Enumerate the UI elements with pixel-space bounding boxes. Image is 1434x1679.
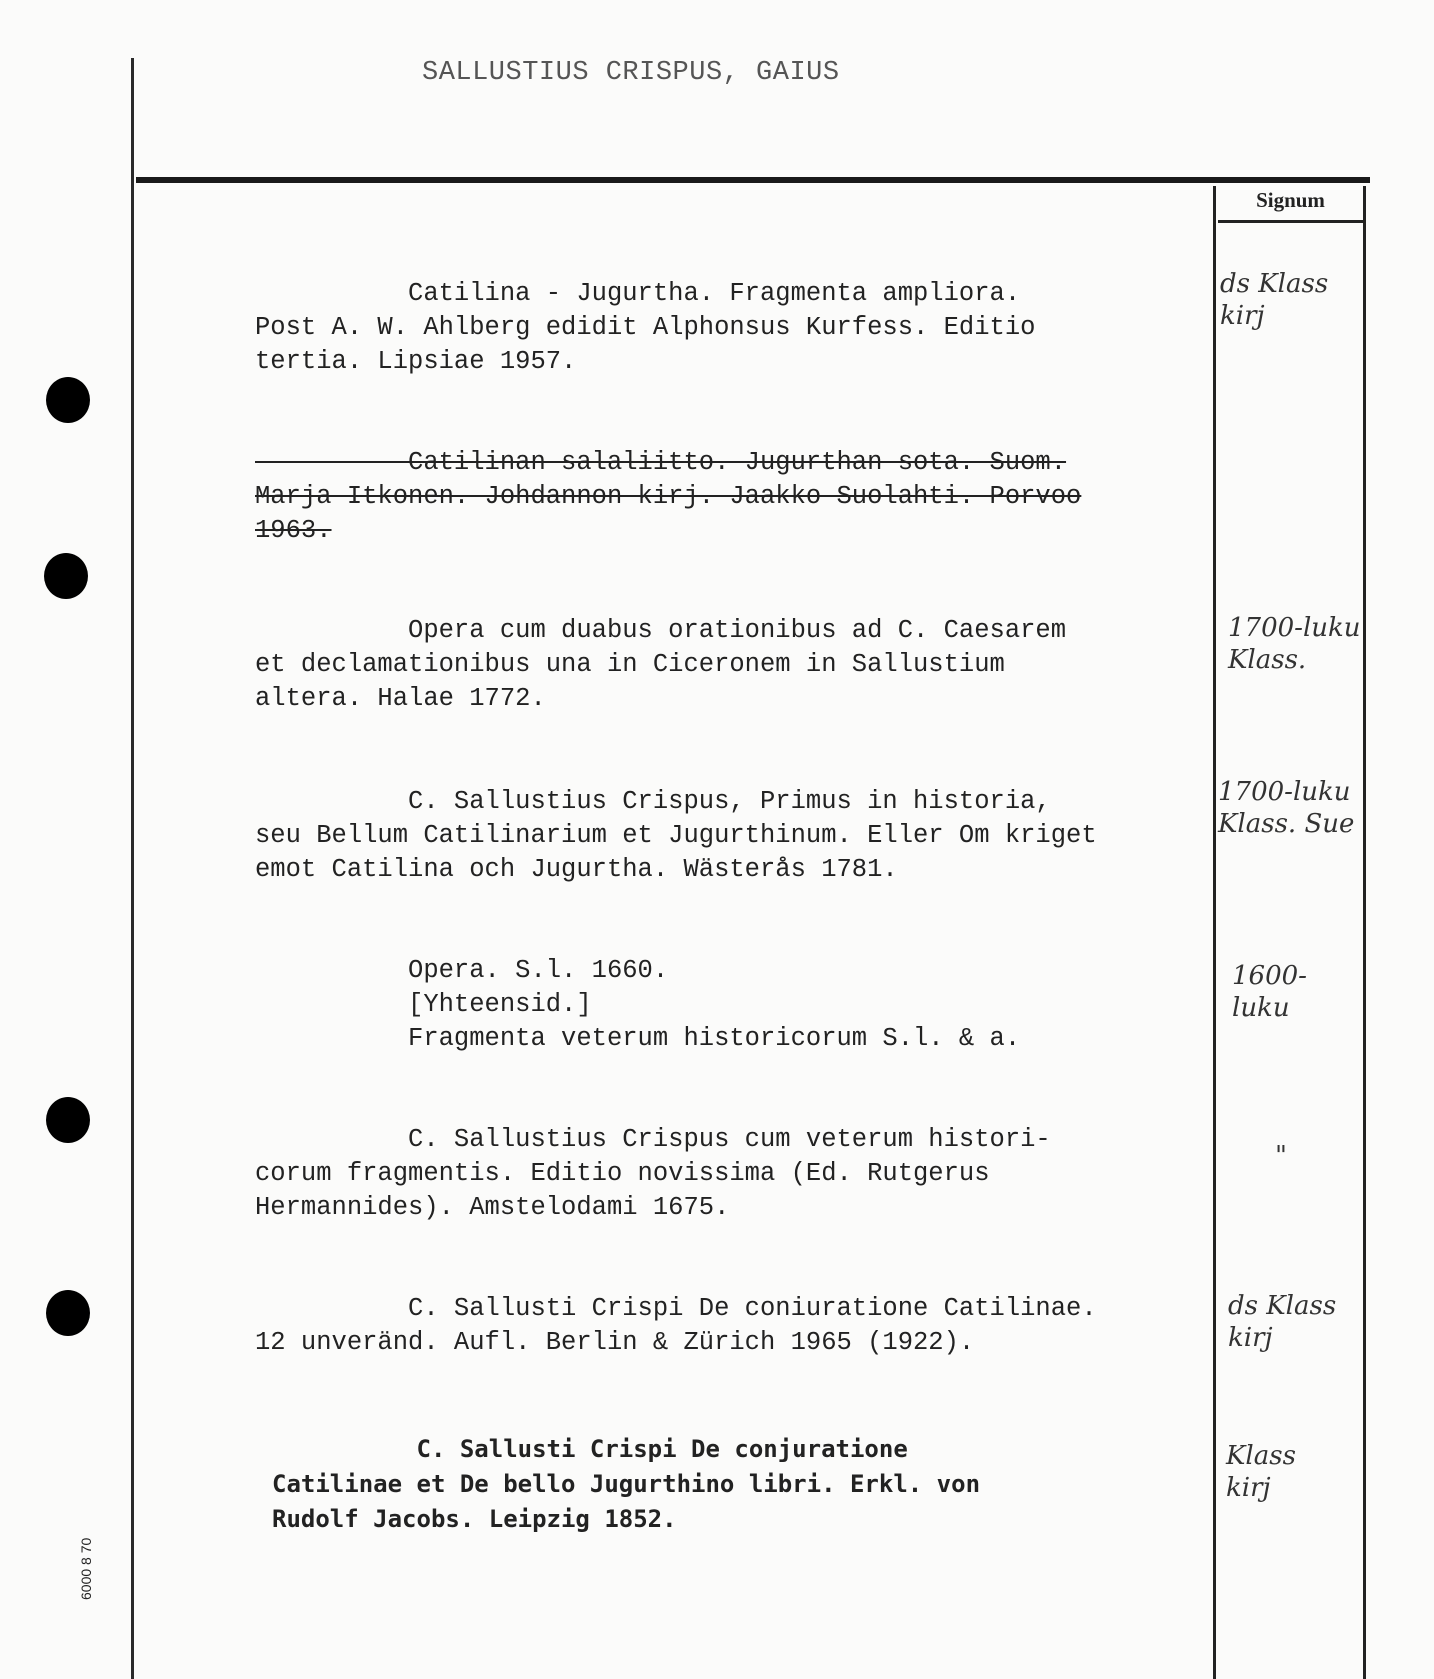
catalog-entry: C. Sallustius Crispus cum veterum histor…: [255, 1123, 1205, 1225]
catalog-entry: Opera. S.l. 1660. [Yhteensid.] Fragmenta…: [255, 954, 1205, 1056]
entry-line: emot Catilina och Jugurtha. Wästerås 178…: [255, 853, 1205, 887]
entry-line: Hermannides). Amstelodami 1675.: [255, 1191, 1205, 1225]
entry-line: C. Sallusti Crispi De coniuratione Catil…: [255, 1292, 1205, 1326]
punch-hole: [46, 377, 90, 423]
entry-line: seu Bellum Catilinarium et Jugurthinum. …: [255, 819, 1205, 853]
entry-line: tertia. Lipsiae 1957.: [255, 345, 1205, 379]
punch-hole: [46, 1097, 90, 1143]
catalog-entry: Opera cum duabus orationibus ad C. Caesa…: [255, 614, 1205, 716]
form-code: 6000 8 70: [78, 1538, 94, 1600]
signum-note: ds Klass kirj: [1220, 268, 1328, 332]
signum-note: 1600- luku: [1232, 960, 1307, 1024]
right-border-rule: [1363, 186, 1366, 1679]
entry-line: Catilina - Jugurtha. Fragmenta ampliora.: [255, 277, 1205, 311]
entry-line: altera. Halae 1772.: [255, 682, 1205, 716]
punch-hole: [44, 553, 88, 599]
entry-line: 12 unveränd. Aufl. Berlin & Zürich 1965 …: [255, 1326, 1205, 1360]
catalog-entry: C. Sallustius Crispus, Primus in histori…: [255, 785, 1205, 887]
entry-line: Fragmenta veterum historicorum S.l. & a.: [255, 1022, 1205, 1056]
signum-header-rule: [1218, 220, 1363, 223]
entry-line: Opera cum duabus orationibus ad C. Caesa…: [255, 614, 1205, 648]
entry-line: et declamationibus una in Ciceronem in S…: [255, 648, 1205, 682]
left-margin-rule: [131, 58, 134, 1679]
top-rule: [136, 177, 1370, 183]
signum-note: ds Klass kirj: [1228, 1290, 1336, 1354]
entry-line: Rudolf Jacobs. Leipzig 1852.: [272, 1502, 1222, 1537]
card-heading: SALLUSTIUS CRISPUS, GAIUS: [422, 58, 840, 88]
entry-line: [Yhteensid.]: [255, 988, 1205, 1022]
catalog-entry-struck: Catilinan salaliitto. Jugurthan sota. Su…: [255, 446, 1205, 548]
entry-line: Opera. S.l. 1660.: [255, 954, 1205, 988]
catalog-entry: C. Sallusti Crispi De conjurationeCatili…: [272, 1432, 1222, 1537]
entry-line: Catilinan salaliitto. Jugurthan sota. Su…: [255, 446, 1205, 480]
signum-note-ditto: ": [1275, 1140, 1287, 1172]
entry-line: 1963.: [255, 514, 1205, 548]
signum-note: 1700-luku Klass.: [1228, 612, 1361, 676]
entry-line: C. Sallusti Crispi De conjuratione: [272, 1432, 1222, 1467]
entry-line: C. Sallustius Crispus, Primus in histori…: [255, 785, 1205, 819]
catalog-entry: C. Sallusti Crispi De coniuratione Catil…: [255, 1292, 1205, 1360]
signum-note: 1700-luku Klass. Sue: [1218, 776, 1354, 840]
punch-hole: [46, 1290, 90, 1336]
entry-line: corum fragmentis. Editio novissima (Ed. …: [255, 1157, 1205, 1191]
signum-column-header: Signum: [1218, 188, 1363, 213]
entry-line: Catilinae et De bello Jugurthino libri. …: [272, 1467, 1222, 1502]
entry-line: Marja Itkonen. Johdannon kirj. Jaakko Su…: [255, 480, 1205, 514]
entry-line: Post A. W. Ahlberg edidit Alphonsus Kurf…: [255, 311, 1205, 345]
entry-line: C. Sallustius Crispus cum veterum histor…: [255, 1123, 1205, 1157]
signum-note: Klass kirj: [1226, 1440, 1296, 1504]
catalog-entry: Catilina - Jugurtha. Fragmenta ampliora.…: [255, 277, 1205, 379]
